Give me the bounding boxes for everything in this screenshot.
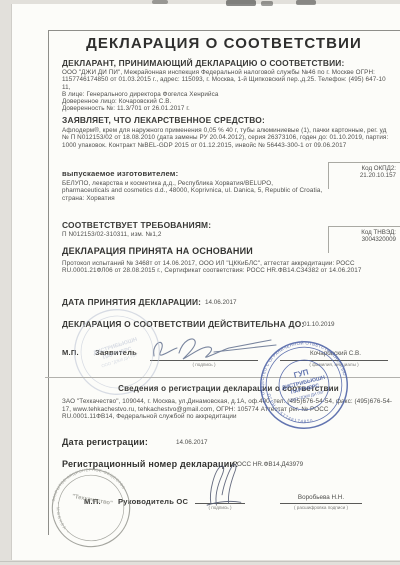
declares-heading: ЗАЯВЛЯЕТ, ЧТО ЛЕКАРСТВЕННОЕ СРЕДСТВО: bbox=[62, 115, 265, 125]
text-line: Афлодерм®, крем для наружного применения… bbox=[62, 127, 388, 134]
scan-bottom-edge bbox=[0, 561, 400, 562]
tnved-code-box: Код ТНВЭД: 3004320009 bbox=[328, 226, 400, 253]
registration-paragraph: ЗАО "Техкачество", 109044, г. Москва, ул… bbox=[62, 398, 392, 421]
form-border-left bbox=[48, 30, 49, 535]
basis-heading: ДЕКЛАРАЦИЯ ПРИНЯТА НА ОСНОВАНИИ bbox=[62, 246, 253, 256]
certifier-name-caption: ( расшифровка подписи ) bbox=[280, 505, 362, 510]
declares-paragraph: Афлодерм®, крем для наружного применения… bbox=[62, 127, 388, 149]
registration-number-value: РОСС HR.ФВ14.Д43979 bbox=[233, 461, 303, 468]
okpd2-label: Код ОКПД2: bbox=[329, 165, 396, 172]
text-line: 1000 упаковок. Контракт №BEL-GDP 2015 от… bbox=[62, 142, 388, 149]
applicant-role-label: Заявитель bbox=[95, 348, 137, 357]
text-line: Доверенное лицо: Кочаровский С.В. bbox=[62, 98, 386, 105]
text-line: ЗАО "Техкачество", 109044, г. Москва, ул… bbox=[62, 398, 392, 406]
applicant-mp-label: М.П. bbox=[62, 348, 79, 357]
certifier-name-line bbox=[280, 503, 362, 504]
certifier-mp-label: М.П. bbox=[84, 497, 101, 506]
valid-until-label: ДЕКЛАРАЦИЯ О СООТВЕТСТВИИ ДЕЙСТВИТЕЛЬНА … bbox=[62, 319, 304, 329]
adoption-date-label: ДАТА ПРИНЯТИЯ ДЕКЛАРАЦИИ: bbox=[62, 297, 201, 307]
scan-artifact bbox=[261, 1, 273, 6]
tnved-label: Код ТНВЭД: bbox=[329, 229, 396, 236]
declarant-heading: ДЕКЛАРАНТ, ПРИНИМАЮЩИЙ ДЕКЛАРАЦИЮ О СООТ… bbox=[62, 58, 345, 68]
text-line: 17, www.tehkachestvo.ru, tehkachestvo@gm… bbox=[62, 406, 392, 414]
scanned-declaration-page: ДЕКЛАРАЦИЯ О СООТВЕТСТВИИ ДЕКЛАРАНТ, ПРИ… bbox=[0, 0, 400, 565]
declarant-paragraph: ООО "ДЖИ ДИ ПИ", Межрайонная инспекция Ф… bbox=[62, 69, 386, 113]
text-line: БЕЛУПО, лекарства и косметика д.д., Респ… bbox=[62, 180, 322, 187]
okpd2-value: 21.20.10.157 bbox=[329, 172, 396, 179]
valid-until-value: 01.10.2019 bbox=[303, 321, 335, 328]
text-line: 1157746174850 от 01.03.2015 г., адрес: 1… bbox=[62, 76, 386, 83]
applicant-sign-caption: ( подпись ) bbox=[150, 362, 258, 367]
document-title: ДЕКЛАРАЦИЯ О СООТВЕТСТВИИ bbox=[48, 35, 400, 52]
manufacturer-paragraph: БЕЛУПО, лекарства и косметика д.д., Респ… bbox=[62, 180, 322, 202]
scan-artifact bbox=[226, 0, 256, 6]
basis-paragraph: Протокол испытаний № 3468т от 14.06.2017… bbox=[62, 260, 361, 275]
registration-date-value: 14.06.2017 bbox=[176, 439, 208, 446]
text-line: pharmaceuticals and cosmetics d.d., 4800… bbox=[62, 187, 322, 194]
conforms-heading: СООТВЕТСТВУЕТ ТРЕБОВАНИЯМ: bbox=[62, 220, 211, 230]
text-line: 11, bbox=[62, 84, 386, 91]
text-line: Доверенность №: 11.3/701 от 26.01.2017 г… bbox=[62, 105, 386, 112]
certifier-name: Воробьева Н.Н. bbox=[280, 494, 362, 501]
applicant-name-line bbox=[280, 360, 388, 361]
section-divider bbox=[45, 377, 400, 378]
applicant-name-caption: ( фамилия, инициалы ) bbox=[280, 362, 388, 367]
tnved-value: 3004320009 bbox=[329, 236, 396, 243]
text-line: RU.0001.11ФВ14, Федеральной службой по а… bbox=[62, 413, 392, 421]
certifier-role-label: Руководитель ОС bbox=[118, 497, 188, 506]
text-line: страна: Хорватия bbox=[62, 195, 322, 202]
certifier-signature-line bbox=[195, 503, 245, 504]
text-line: Протокол испытаний № 3468т от 14.06.2017… bbox=[62, 260, 361, 267]
applicant-signature-line bbox=[150, 360, 258, 361]
registration-number-label: Регистрационный номер декларации: bbox=[62, 459, 238, 469]
scan-artifact bbox=[152, 0, 168, 4]
certifier-sign-caption: ( подпись ) bbox=[190, 505, 250, 510]
text-line: № П N012153/02 от 18.08.2010 (дата замен… bbox=[62, 134, 388, 141]
form-border-top bbox=[48, 30, 400, 31]
registration-heading: Сведения о регистрации декларации о соот… bbox=[62, 384, 395, 393]
text-line: RU.0001.21ФЛ06 от 28.08.2015 г., Сертифи… bbox=[62, 267, 361, 274]
registration-date-label: Дата регистрации: bbox=[62, 437, 148, 447]
adoption-date-value: 14.06.2017 bbox=[205, 299, 237, 306]
okpd2-code-box: Код ОКПД2: 21.20.10.157 bbox=[328, 162, 400, 189]
conforms-body: П N012153/02-310311, изм. №1,2 bbox=[62, 231, 161, 238]
applicant-name: Кочаровский С.В. bbox=[283, 350, 388, 357]
manufacturer-heading: выпускаемое изготовителем: bbox=[62, 169, 178, 178]
scan-artifact bbox=[296, 0, 316, 5]
